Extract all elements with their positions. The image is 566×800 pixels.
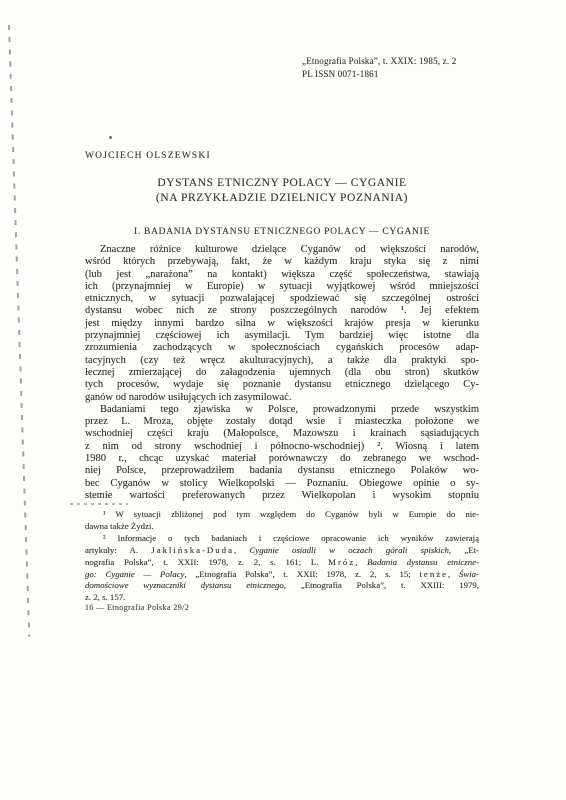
- journal-citation-line: „Etnografia Polska”, t. XXIX: 1985, z. 2: [302, 55, 456, 68]
- text-line: ich (przynajmniej w Europie) w sytuacji …: [85, 281, 479, 293]
- text-line: jest między innymi bardzo silna w większ…: [85, 318, 479, 330]
- text-line: tych procesów, wydaje się poznanie dysta…: [85, 379, 479, 391]
- text-segment: ,: [234, 545, 249, 555]
- text-line: bec Cyganów w stolicy Wielkopolski — Poz…: [85, 478, 479, 490]
- text-line: domościowe wyznaczniki dystansu etniczne…: [85, 580, 479, 592]
- text-segment: , „Etnografia Polska”, t. XXIII: 1979,: [284, 580, 479, 590]
- text-line: niej Polsce, przeprowadziłem badania dys…: [85, 465, 479, 477]
- text-line: artykuły: A. Jaklińska-Duda, Cyganie osi…: [85, 545, 479, 557]
- text-line: dystansu wobec nich ze strony poszczegól…: [85, 305, 479, 317]
- text-segment: nografia Polska”, t. XXII: 1978, z. 2, s…: [85, 557, 328, 567]
- text-segment: Mróz: [328, 557, 355, 567]
- text-segment: artykuły: A.: [85, 545, 151, 555]
- article-title-line2: (NA PRZYKŁADZIE DZIELNICY POZNANIA): [85, 191, 479, 206]
- text-line: nografia Polska”, t. XXII: 1978, z. 2, s…: [85, 557, 479, 569]
- section-heading: I. BADANIA DYSTANSU ETNICZNEGO POLACY — …: [85, 227, 479, 237]
- scan-binding-dashes: [8, 25, 30, 637]
- journal-citation-block: „Etnografia Polska”, t. XXIX: 1985, z. 2…: [302, 55, 456, 81]
- text-line: przynajmniej częściowej ich asymilacji. …: [85, 330, 479, 342]
- text-line: 1980 r., chcąc uzyskać materiał porównaw…: [85, 453, 479, 465]
- footnotes-block: ¹ W sytuacji zbliżonej pod tym względem …: [85, 509, 479, 604]
- body-text: Znaczne różnice kulturowe dzielące Cygan…: [85, 244, 479, 502]
- text-line: przez L. Mroza, objęte zostały dotąd wsi…: [85, 416, 479, 428]
- issn-line: PL ISSN 0071-1861: [302, 68, 456, 81]
- text-line: z nim od strony wschodniej i północno-ws…: [85, 441, 479, 453]
- text-segment: , „Etnografia Polska”, t. XXII: 1978, z.…: [184, 569, 419, 579]
- paragraph-1: Znaczne różnice kulturowe dzielące Cygan…: [85, 244, 479, 404]
- page-footer-signature: 16 — Etnografia Polska 29/2: [85, 603, 189, 612]
- text-line: Znaczne różnice kulturowe dzielące Cygan…: [85, 244, 479, 256]
- text-segment: Badania dystansu etniczne-: [367, 557, 479, 567]
- article-title: DYSTANS ETNICZNY POLACY — CYGANIE (NA PR…: [85, 176, 479, 205]
- text-line: wśród których przebywają, fakt, że w każ…: [85, 256, 479, 268]
- text-line: ² Informacje o tych badaniach i częściow…: [85, 533, 479, 545]
- footnote-2: ² Informacje o tych badaniach i częściow…: [85, 533, 479, 604]
- text-segment: tenże: [419, 569, 448, 579]
- paragraph-2: Badaniami tego zjawiska w Polsce, prowad…: [85, 404, 479, 502]
- text-line: Badaniami tego zjawiska w Polsce, prowad…: [85, 404, 479, 416]
- text-line: dawna także Żydzi.: [85, 521, 479, 533]
- footnote-1: ¹ W sytuacji zbliżonej pod tym względem …: [85, 509, 479, 533]
- text-segment: ,: [448, 569, 459, 579]
- text-segment: Cyganie osiadli w oczach górali spiskich: [249, 545, 449, 555]
- text-line: zrozumienia zachodzących w społecznościa…: [85, 342, 479, 354]
- author-name: WOJCIECH OLSZEWSKI: [85, 151, 211, 161]
- text-segment: ,: [355, 557, 367, 567]
- text-line: go: Cyganie — Polacy, „Etnografia Polska…: [85, 569, 479, 581]
- text-line: wschodniej części kraju (Małopolsce, Maz…: [85, 428, 479, 440]
- text-line: stemie wartości preferowanych przez Wiel…: [85, 490, 479, 502]
- text-line: (lub jest „narażona” na kontakt) większa…: [85, 269, 479, 281]
- text-segment: Świa-: [459, 569, 479, 579]
- text-line: łecznej zmierzającej do załagodzenia uje…: [85, 367, 479, 379]
- text-line: tacyjnych (czy też wręcz akulturacyjnych…: [85, 355, 479, 367]
- text-segment: go: Cyganie — Polacy: [85, 569, 184, 579]
- text-line: etnicznych, w sytuacji pozwalającej spod…: [85, 293, 479, 305]
- text-segment: Jaklińska-Duda: [151, 545, 234, 555]
- text-segment: domościowe wyznaczniki dystansu etniczne…: [85, 580, 284, 590]
- ink-speck: [109, 136, 112, 139]
- footnote-separator: [70, 503, 128, 505]
- article-title-line1: DYSTANS ETNICZNY POLACY — CYGANIE: [85, 176, 479, 191]
- text-segment: , „Et-: [449, 545, 479, 555]
- text-line: ¹ W sytuacji zbliżonej pod tym względem …: [85, 509, 479, 521]
- scanned-journal-page: „Etnografia Polska”, t. XXIX: 1985, z. 2…: [0, 0, 566, 800]
- text-line: ganów od narodów usiłujących ich zasymil…: [85, 392, 479, 404]
